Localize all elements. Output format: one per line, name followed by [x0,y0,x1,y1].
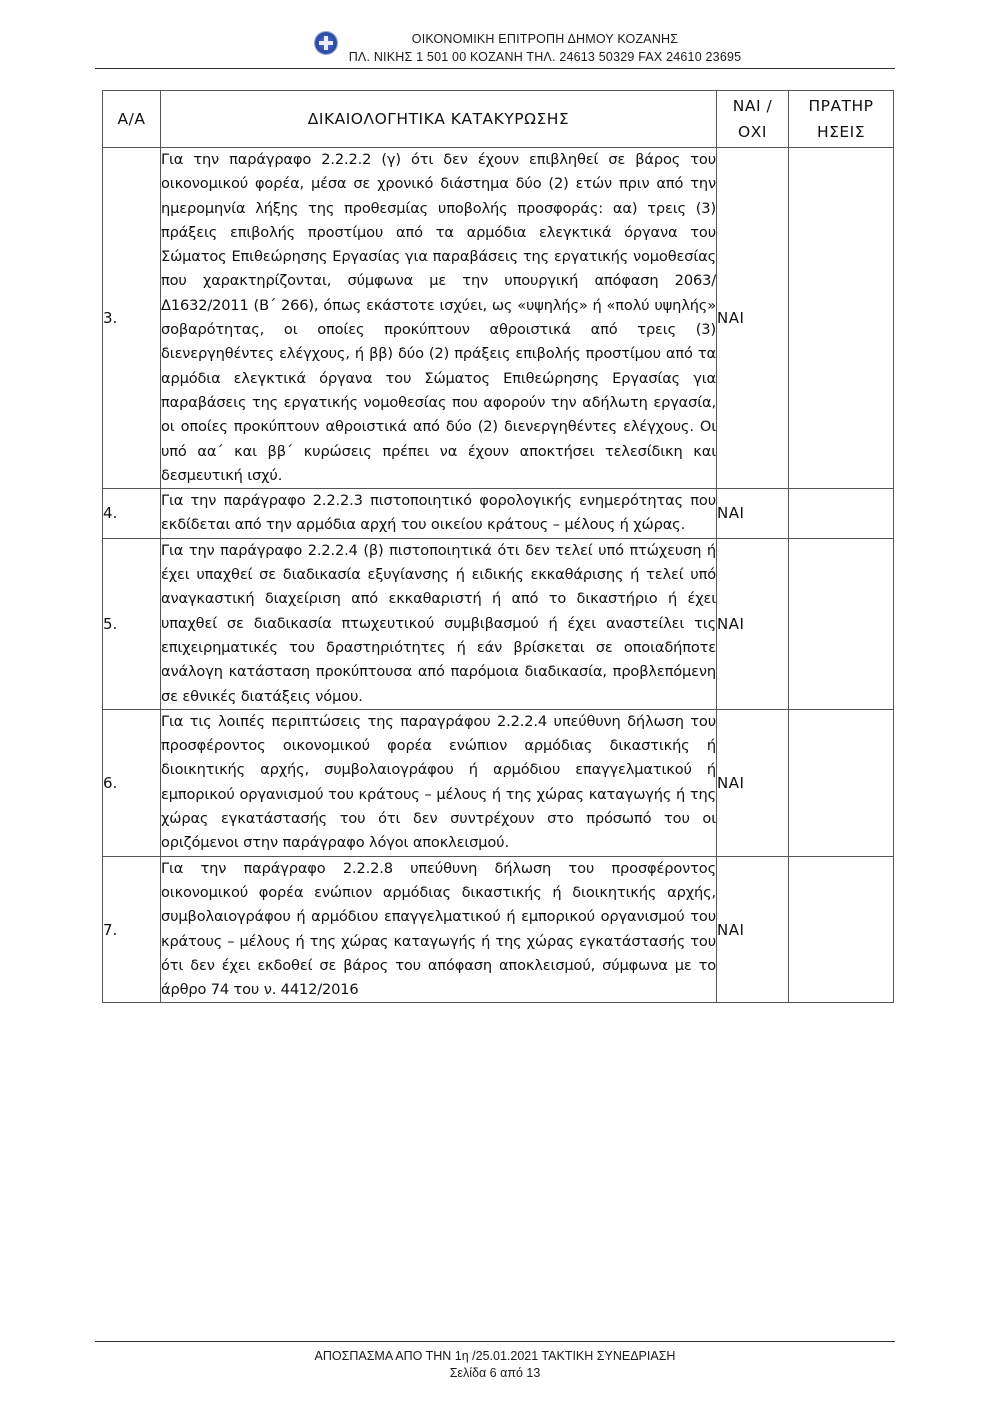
row-yes-no: ΝΑΙ [717,709,789,856]
row-yes-no: ΝΑΙ [717,148,789,489]
column-header-yes-no: ΝΑΙ / ΟΧΙ [717,91,789,148]
row-justification: Για την παράγραφο 2.2.2.3 πιστοποιητικό … [161,489,717,539]
row-yes-no: ΝΑΙ [717,489,789,539]
column-header-yes-no-line1: ΝΑΙ / [717,93,788,119]
table-row: 5. Για την παράγραφο 2.2.2.4 (β) πιστοπο… [103,538,894,709]
table-row: 3. Για την παράγραφο 2.2.2.2 (γ) ότι δεν… [103,148,894,489]
row-yes-no: ΝΑΙ [717,538,789,709]
column-header-aa: Α/Α [103,91,161,148]
committee-address: ΠΛ. ΝΙΚΗΣ 1 501 00 ΚΟΖΑΝΗ ΤΗΛ. 24613 503… [195,50,895,64]
row-number: 7. [103,856,161,1003]
table-row: 7. Για την παράγραφο 2.2.2.8 υπεύθυνη δή… [103,856,894,1003]
column-header-remarks: ΠΡΑΤΗΡ ΗΣΕΙΣ [789,91,894,148]
column-header-remarks-line2: ΗΣΕΙΣ [789,119,893,145]
row-number: 6. [103,709,161,856]
committee-name: ΟΙΚΟΝΟΜΙΚΗ ΕΠΙΤΡΟΠΗ ΔΗΜΟΥ ΚΟΖΑΝΗΣ [195,32,895,46]
row-justification: Για την παράγραφο 2.2.2.4 (β) πιστοποιητ… [161,538,717,709]
header-divider [95,68,895,69]
row-remarks [789,489,894,539]
row-remarks [789,856,894,1003]
row-number: 5. [103,538,161,709]
column-header-justification: ΔΙΚΑΙΟΛΟΓΗΤΙΚΑ ΚΑΤΑΚΥΡΩΣΗΣ [161,91,717,148]
table-row: 6. Για τις λοιπές περιπτώσεις της παραγρ… [103,709,894,856]
footer-divider [95,1341,895,1342]
row-justification: Για τις λοιπές περιπτώσεις της παραγράφο… [161,709,717,856]
page-number: Σελίδα 6 από 13 [95,1366,895,1380]
row-number: 4. [103,489,161,539]
row-remarks [789,148,894,489]
page-header: ΟΙΚΟΝΟΜΙΚΗ ΕΠΙΤΡΟΠΗ ΔΗΜΟΥ ΚΟΖΑΝΗΣ ΠΛ. ΝΙ… [95,28,895,68]
row-justification: Για την παράγραφο 2.2.2.8 υπεύθυνη δήλωσ… [161,856,717,1003]
footer-meeting-info: ΑΠΟΣΠΑΣΜΑ ΑΠΟ ΤΗΝ 1η /25.01.2021 ΤΑΚΤΙΚΗ… [95,1349,895,1363]
row-remarks [789,538,894,709]
table-row: 4. Για την παράγραφο 2.2.2.3 πιστοποιητι… [103,489,894,539]
row-remarks [789,709,894,856]
column-header-remarks-line1: ΠΡΑΤΗΡ [789,93,893,119]
justification-table: Α/Α ΔΙΚΑΙΟΛΟΓΗΤΙΚΑ ΚΑΤΑΚΥΡΩΣΗΣ ΝΑΙ / ΟΧΙ… [102,90,894,1003]
column-header-yes-no-line2: ΟΧΙ [717,119,788,145]
row-justification: Για την παράγραφο 2.2.2.2 (γ) ότι δεν έχ… [161,148,717,489]
row-number: 3. [103,148,161,489]
table-header-row: Α/Α ΔΙΚΑΙΟΛΟΓΗΤΙΚΑ ΚΑΤΑΚΥΡΩΣΗΣ ΝΑΙ / ΟΧΙ… [103,91,894,148]
row-yes-no: ΝΑΙ [717,856,789,1003]
